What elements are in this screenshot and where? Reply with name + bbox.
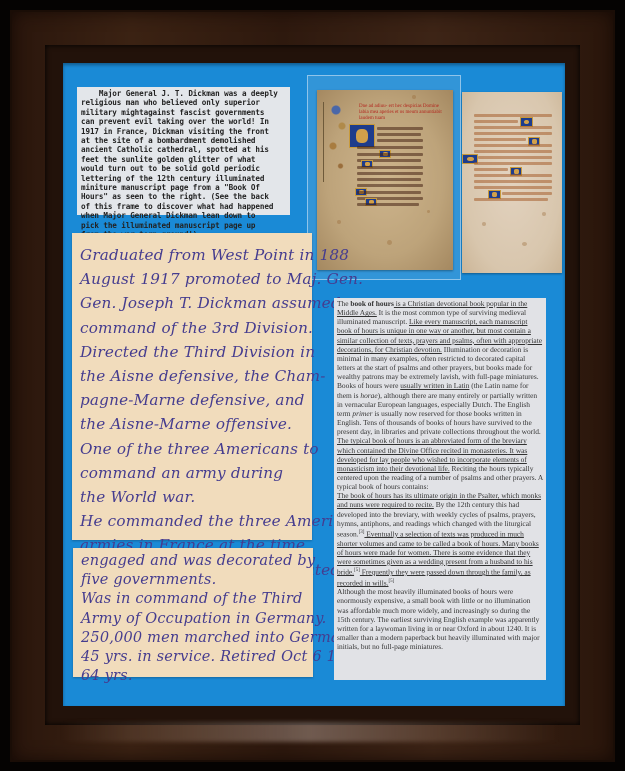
paragraph-intro: The book of hours is a Christian devotio… — [337, 299, 543, 381]
handwritten-line: five governments. — [81, 571, 307, 590]
handwritten-line: engaged and was decorated by — [81, 552, 307, 571]
handwritten-line: the Aisne defensive, the Cham- — [80, 364, 306, 388]
paragraph-breviary: The typical book of hours is an abbrevia… — [337, 436, 543, 491]
printed-book-of-hours-text: The book of hours is a Christian devotio… — [334, 298, 546, 680]
rubric-text: Dne ad adiuu- ert hec despicias Domine l… — [359, 104, 449, 122]
handwritten-line: command an army during — [80, 461, 306, 485]
handwritten-line: Graduated from West Point in 188 — [80, 243, 306, 267]
typed-note: Major General J. T. Dickman was a deeply… — [77, 87, 290, 215]
frame-highlight — [60, 722, 560, 742]
handwritten-card-1: Graduated from West Point in 188 August … — [72, 233, 312, 540]
paragraph-cost: Although the most heavily illuminated bo… — [337, 587, 543, 651]
handwritten-line: 64 yrs. — [81, 667, 307, 686]
handwritten-line: the World war. — [80, 485, 306, 509]
handwritten-line: One of the three Americans to — [80, 437, 306, 461]
handwritten-line: the Aisne-Marne offensive. — [80, 412, 306, 436]
handwritten-line: command of the 3rd Division. — [80, 316, 306, 340]
handwritten-card-2: engaged and was decorated by five govern… — [73, 548, 313, 677]
illuminated-leaf-left: Dne ad adiuu- ert hec despicias Domine l… — [317, 90, 453, 270]
handwritten-line: Was in command of the Third — [81, 590, 307, 609]
handwritten-line: 250,000 men marched into Germany — [81, 629, 307, 648]
handwritten-line: Army of Occupation in Germany. — [81, 610, 307, 629]
handwritten-line: Gen. Joseph T. Dickman assumed — [80, 291, 306, 315]
paragraph-origin: The book of hours has its ultimate origi… — [337, 491, 543, 587]
handwritten-line: pagne-Marne defensive, and — [80, 388, 306, 412]
handwritten-line: August 1917 promoted to Maj. Gen. — [80, 267, 306, 291]
handwritten-line: Directed the Third Division in — [80, 340, 306, 364]
illuminated-initial-icon — [349, 124, 375, 148]
handwritten-line: He commanded the three American — [80, 509, 306, 533]
paragraph-language: Books of hours were usually written in L… — [337, 381, 543, 436]
handwritten-line: 45 yrs. in service. Retired Oct 6 1921 — [81, 648, 307, 667]
illuminated-leaf-right — [462, 92, 562, 273]
